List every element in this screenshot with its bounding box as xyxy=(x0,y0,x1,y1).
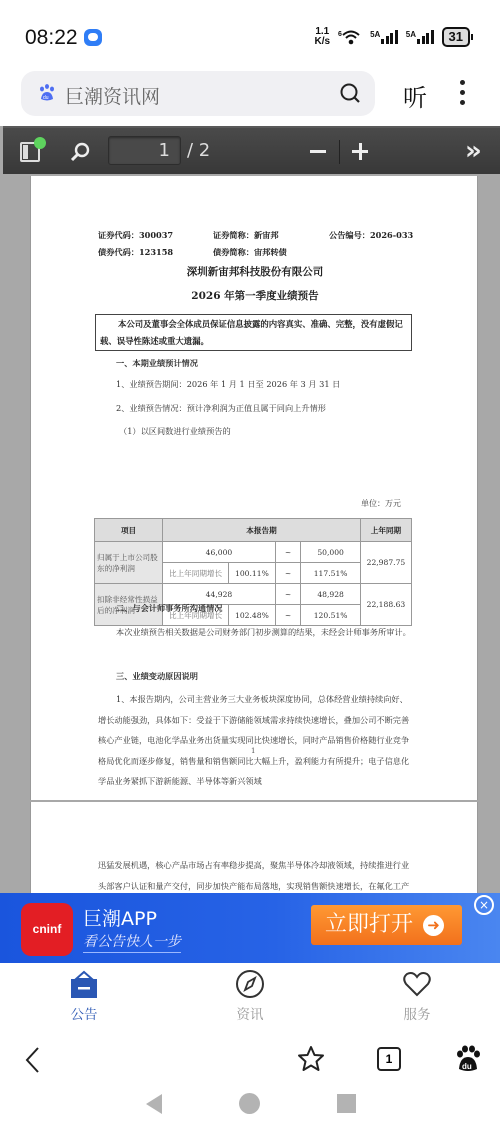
table-row: 归属于上市公司股东的净利润 46,000 ~ 50,000 22,987.75 xyxy=(95,542,412,563)
header-prior-period: 上年同期 xyxy=(360,519,411,542)
page-total: / 2 xyxy=(187,140,210,161)
heart-icon xyxy=(402,969,432,999)
bond-code: 债券代码：123158 xyxy=(98,247,173,258)
address-bar[interactable]: du 巨潮资讯网 xyxy=(21,71,375,116)
browser-navigation: 1 du xyxy=(0,1035,500,1085)
announcement-icon xyxy=(69,969,99,999)
signal-sim1-icon: 5A xyxy=(370,30,398,44)
header-item: 项目 xyxy=(95,519,163,542)
open-app-button[interactable]: 立即打开 ➜ xyxy=(311,905,462,945)
page-number: 1 xyxy=(251,747,255,755)
pdf-viewer[interactable]: 1 / 2 » 证券代码：300037 证券简称：新宙邦 公告编号：2026-0… xyxy=(0,126,500,894)
header-current-period: 本报告期 xyxy=(163,519,361,542)
cninfo-logo: cninf xyxy=(21,903,73,956)
page-number-input[interactable]: 1 xyxy=(108,136,181,165)
toolbar-divider xyxy=(339,140,340,164)
more-menu-icon[interactable] xyxy=(458,80,466,106)
forecast-range-note: （1）以区间数进行业绩预告的 xyxy=(119,421,231,442)
search-icon[interactable] xyxy=(339,82,361,104)
promo-slogan: 看公告快人一步 xyxy=(83,931,181,953)
prior-value: 22,987.75 xyxy=(360,542,411,584)
system-recents-icon[interactable] xyxy=(337,1094,356,1113)
network-speed: 1.1 K/s xyxy=(315,27,331,47)
address-text: 巨潮资讯网 xyxy=(65,82,160,109)
section-3-title: 三、业绩变动原因说明 xyxy=(116,666,198,687)
disclaimer-box: 本公司及董事会全体成员保证信息披露的内容真实、准确、完整，没有虚假记载、误导性陈… xyxy=(95,314,412,351)
status-indicators: 1.1 K/s 6 5A 5A 31 xyxy=(315,27,471,47)
close-icon[interactable]: × xyxy=(474,895,494,915)
baidu-paw-icon: du xyxy=(37,83,57,103)
section-1-title: 一、本期业绩预计情况 xyxy=(116,353,198,374)
stock-code: 证券代码：300037 xyxy=(98,230,173,241)
svg-text:du: du xyxy=(462,1062,472,1071)
page-2-body: 迅猛发展机遇，核心产品市场占有率稳步提高，聚焦半导体冷却液领域，持续推进行业头部… xyxy=(98,855,414,894)
pdf-page-1: 证券代码：300037 证券简称：新宙邦 公告编号：2026-033 债券代码：… xyxy=(30,176,478,800)
wifi-icon: 6 xyxy=(338,29,362,45)
company-name: 深圳新宙邦科技股份有限公司 xyxy=(31,264,479,279)
forecast-type: 2、业绩预告情况：预计净利润为正值且属于同向上升情形 xyxy=(116,398,326,419)
status-bar: 08:22 1.1 K/s 6 5A 5A 31 xyxy=(0,0,500,70)
zoom-out-button[interactable] xyxy=(308,137,330,165)
stock-name: 证券简称：新宙邦 xyxy=(213,230,279,241)
tabs-count-button[interactable]: 1 xyxy=(377,1047,401,1071)
tab-services[interactable]: 服务 xyxy=(377,969,457,1023)
promo-title: 巨潮APP xyxy=(83,904,157,931)
section-2-body: 本次业绩预告相关数据是公司财务部门初步测算的结果，未经会计师事务所审计。 xyxy=(98,622,414,643)
bottom-tab-bar: 公告 资讯 服务 xyxy=(0,963,500,1035)
forecast-period: 1、业绩预告期间：2026 年 1 月 1 日至 2026 年 3 月 31 日 xyxy=(116,374,340,395)
listen-button[interactable]: 听 xyxy=(403,78,427,113)
system-home-icon[interactable] xyxy=(239,1093,260,1114)
system-back-icon[interactable] xyxy=(144,1093,164,1115)
system-navigation-bar xyxy=(0,1085,500,1124)
pdf-page-2: 迅猛发展机遇，核心产品市场占有率稳步提高，聚焦半导体冷却液领域，持续推进行业头部… xyxy=(30,802,478,894)
tab-news[interactable]: 资讯 xyxy=(210,969,290,1023)
svg-text:6: 6 xyxy=(338,31,342,38)
tab-announcements[interactable]: 公告 xyxy=(44,969,124,1023)
back-icon[interactable] xyxy=(22,1045,44,1075)
clock: 08:22 xyxy=(25,26,78,50)
find-icon[interactable] xyxy=(69,141,91,163)
battery-indicator: 31 xyxy=(442,27,470,47)
svg-text:du: du xyxy=(43,95,49,101)
pdf-toolbar: 1 / 2 » xyxy=(3,126,500,174)
more-tools-button[interactable]: » xyxy=(465,137,482,165)
compass-icon xyxy=(235,969,265,999)
section-3-body: 1、本报告期内，公司主营业务三大业务板块深度协同，总体经营业绩持续向好、增长动能… xyxy=(98,689,414,792)
arrow-right-icon: ➜ xyxy=(423,915,444,936)
row-label: 归属于上市公司股东的净利润 xyxy=(95,542,163,584)
bookmark-star-icon[interactable] xyxy=(297,1045,325,1073)
bond-name: 债券简称：宙邦转债 xyxy=(213,247,287,258)
prior-value: 22,188.63 xyxy=(360,584,411,626)
section-2-title: 二、与会计师事务所沟通情况 xyxy=(116,598,222,619)
unit-label: 单位：万元 xyxy=(361,498,401,509)
report-title: 2026 年第一季度业绩预告 xyxy=(31,288,479,303)
signal-sim2-icon: 5A xyxy=(406,30,434,44)
app-promo-banner[interactable]: cninf 巨潮APP 看公告快人一步 立即打开 ➜ × xyxy=(0,893,500,963)
notification-dot xyxy=(34,137,46,149)
baidu-home-icon[interactable]: du xyxy=(455,1045,481,1073)
announcement-number: 公告编号：2026-033 xyxy=(329,230,413,241)
message-notification-icon xyxy=(84,29,102,46)
zoom-in-button[interactable] xyxy=(349,137,373,165)
